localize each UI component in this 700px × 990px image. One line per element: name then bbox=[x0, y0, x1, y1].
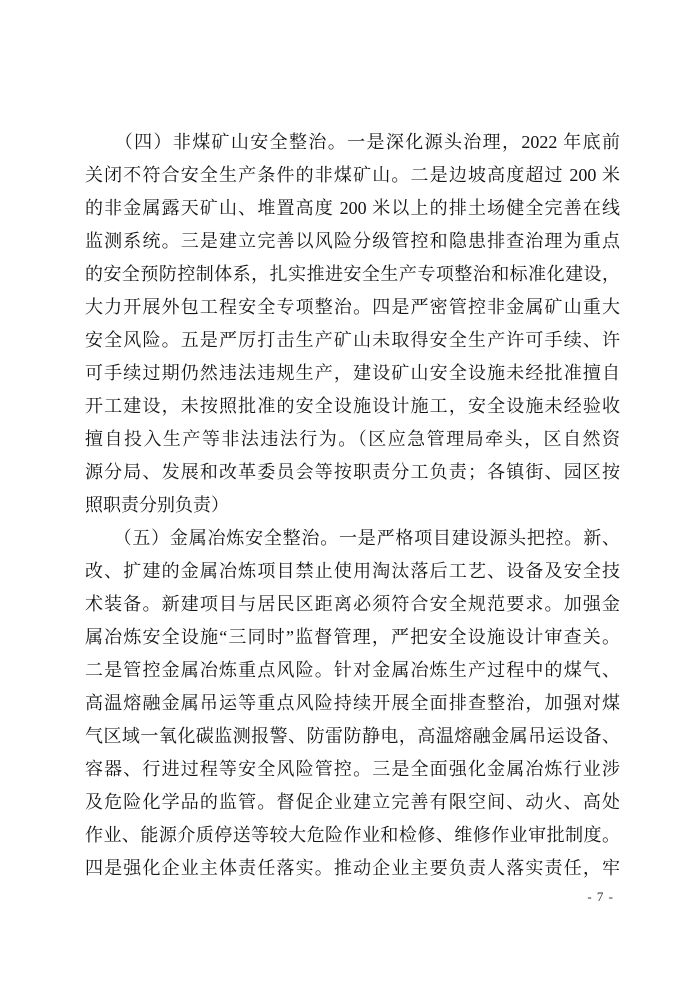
text-line: 擅自投入生产等非法违法行为。（区应急管理局牵头，区自然资 bbox=[85, 423, 620, 456]
text-line: 开工建设，未按照批准的安全设施设计施工，安全设施未经验收 bbox=[85, 390, 620, 423]
paragraph-section-5: （五）金属冶炼安全整治。一是严格项目建设源头把控。新、改、扩建的金属冶炼项目禁止… bbox=[85, 522, 620, 885]
text-line: 照职责分别负责） bbox=[85, 489, 620, 522]
text-line: 术装备。新建项目与居民区距离必须符合安全规范要求。加强金 bbox=[85, 588, 620, 621]
text-line: 的安全预防控制体系，扎实推进安全生产专项整治和标准化建设， bbox=[85, 258, 620, 291]
text-line: 改、扩建的金属冶炼项目禁止使用淘汰落后工艺、设备及安全技 bbox=[85, 555, 620, 588]
text-line: 安全风险。五是严厉打击生产矿山未取得安全生产许可手续、许 bbox=[85, 324, 620, 357]
text-line: 四是强化企业主体责任落实。推动企业主要负责人落实责任，牢 bbox=[85, 852, 620, 885]
text-line: 属冶炼安全设施“三同时”监督管理，严把安全设施设计审查关。 bbox=[85, 621, 620, 654]
text-line: 高温熔融金属吊运等重点风险持续开展全面排查整治，加强对煤 bbox=[85, 687, 620, 720]
page-number: - 7 - bbox=[587, 889, 614, 905]
document-page: （四）非煤矿山安全整治。一是深化源头治理，2022 年底前关闭不符合安全生产条件… bbox=[0, 0, 700, 990]
text-line: 可手续过期仍然违法违规生产，建设矿山安全设施未经批准擅自 bbox=[85, 357, 620, 390]
text-line: 作业、能源介质停送等较大危险作业和检修、维修作业审批制度。 bbox=[85, 819, 620, 852]
text-line: （五）金属冶炼安全整治。一是严格项目建设源头把控。新、 bbox=[85, 522, 620, 555]
document-body: （四）非煤矿山安全整治。一是深化源头治理，2022 年底前关闭不符合安全生产条件… bbox=[85, 126, 620, 885]
text-line: 监测系统。三是建立完善以风险分级管控和隐患排查治理为重点 bbox=[85, 225, 620, 258]
text-line: 大力开展外包工程安全专项整治。四是严密管控非金属矿山重大 bbox=[85, 291, 620, 324]
text-line: 源分局、发展和改革委员会等按职责分工负责；各镇街、园区按 bbox=[85, 456, 620, 489]
text-line: （四）非煤矿山安全整治。一是深化源头治理，2022 年底前 bbox=[85, 126, 620, 159]
text-line: 二是管控金属冶炼重点风险。针对金属冶炼生产过程中的煤气、 bbox=[85, 654, 620, 687]
text-line: 的非金属露天矿山、堆置高度 200 米以上的排土场健全完善在线 bbox=[85, 192, 620, 225]
paragraph-section-4: （四）非煤矿山安全整治。一是深化源头治理，2022 年底前关闭不符合安全生产条件… bbox=[85, 126, 620, 522]
text-line: 及危险化学品的监管。督促企业建立完善有限空间、动火、高处 bbox=[85, 786, 620, 819]
text-line: 气区域一氧化碳监测报警、防雷防静电，高温熔融金属吊运设备、 bbox=[85, 720, 620, 753]
text-line: 容器、行进过程等安全风险管控。三是全面强化金属冶炼行业涉 bbox=[85, 753, 620, 786]
text-line: 关闭不符合安全生产条件的非煤矿山。二是边坡高度超过 200 米 bbox=[85, 159, 620, 192]
